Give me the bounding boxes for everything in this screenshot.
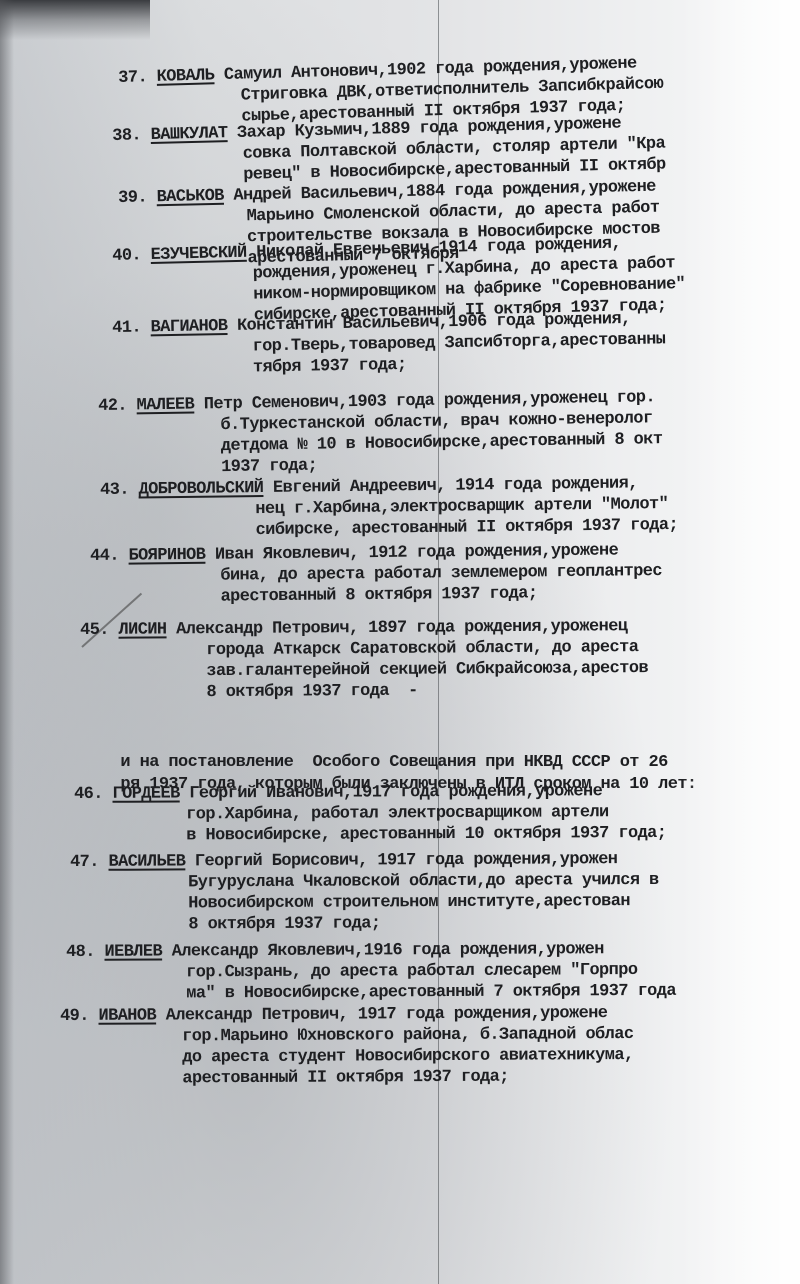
entry-surname: ЕЗУЧЕВСКИЙ [150,244,246,265]
entry-number: 37. [118,67,157,89]
list-item: 48. ИЕВЛЕВ Александр Яковлевич,1916 года… [66,939,676,1005]
entry-first-line: 47. ВАСИЛЬЕВ Георгий Борисович, 1917 год… [70,849,659,873]
list-item: 42. МАЛЕЕВ Петр Семенович,1903 года рожд… [98,387,663,480]
entry-number: 40. [112,245,151,267]
list-item: 47. ВАСИЛЬЕВ Георгий Борисович, 1917 год… [70,849,659,936]
entry-surname: ВАШКУЛАТ [150,124,227,145]
entry-surname: ИЕВЛЕВ [104,942,162,961]
entry-surname: ВАСЬКОВ [156,187,224,207]
corner-shadow [0,0,150,40]
list-item: 44. БОЯРИНОВ Иван Яковлевич, 1912 года р… [90,540,662,609]
entry-number: 45. [80,620,119,641]
entry-number: 38. [112,125,151,147]
list-item: 46. ГОРДЕЕВ Георгий Иванович,1917 года р… [74,781,666,847]
entry-surname: ДОБРОВОЛЬСКИЙ [138,479,263,500]
left-edge-shadow [0,0,14,1284]
entry-surname: ВАСИЛЬЕВ [108,852,185,871]
entry-number: 49. [60,1006,99,1027]
entry-text: Бугуруслана Чкаловской области,до ареста… [70,870,659,894]
entry-number: 47. [70,852,109,873]
list-item: 45. ЛИСИН Александр Петрович, 1897 года … [80,616,648,704]
entry-text: арестованный II октября 1937 года; [60,1066,633,1090]
entry-number: 41. [112,317,151,339]
entry-text: до ареста студент Новосибирского авиатех… [60,1045,633,1069]
entry-text: 8 октября 1937 года; [70,912,659,936]
entry-text: в Новосибирске, арестованный 10 октября … [74,823,666,847]
entry-text: Александр Петрович, 1917 года рождения,у… [156,1004,607,1025]
entry-surname: ИВАНОВ [98,1006,156,1025]
entry-text: Георгий Иванович,1917 года рождения,урож… [180,782,603,803]
entry-text: Новосибирском строительном институте,аре… [70,891,659,915]
entry-text: зав.галантерейной секцией Сибкрайсоюза,а… [80,658,648,683]
entry-number: 48. [66,942,105,963]
list-item: 41. ВАГИАНОВ Константин Васильевич,1906 … [112,308,666,381]
list-item: 49. ИВАНОВ Александр Петрович, 1917 года… [60,1003,634,1090]
entry-surname: ЛИСИН [118,620,166,639]
entry-first-line: 49. ИВАНОВ Александр Петрович, 1917 года… [60,1003,633,1027]
entry-surname: МАЛЕЕВ [136,395,194,415]
entry-number: 46. [74,784,113,805]
entry-text: 8 октября 1937 года - [80,679,648,704]
entry-number: 43. [100,480,139,501]
entry-text: Георгий Борисович, 1917 года рождения,ур… [185,850,617,871]
entry-surname: КОВАЛЬ [156,66,214,87]
right-overexposure [680,0,800,1284]
entry-number: 39. [118,187,157,209]
entry-number: 44. [90,546,129,567]
entry-text: ма" в Новосибирске,арестованный 7 октябр… [66,981,676,1005]
entry-text: гор.Марьино Юхновского района, б.Западно… [60,1024,633,1048]
entry-surname: ВАГИАНОВ [150,317,227,337]
entry-number: 42. [98,395,137,417]
entry-surname: ГОРДЕЕВ [112,784,179,803]
list-item: 43. ДОБРОВОЛЬСКИЙ Евгений Андреевич, 191… [100,473,678,543]
resolution-line: и на постановление Особого Совещания при… [120,753,667,772]
entry-surname: БОЯРИНОВ [128,546,205,566]
entry-text: Александр Яковлевич,1916 года рождения,у… [162,940,604,961]
entry-text: Александр Петрович, 1897 года рождения,у… [166,617,627,639]
document-photo: 37. КОВАЛЬ Самуил Антонович,1902 года ро… [0,0,800,1284]
